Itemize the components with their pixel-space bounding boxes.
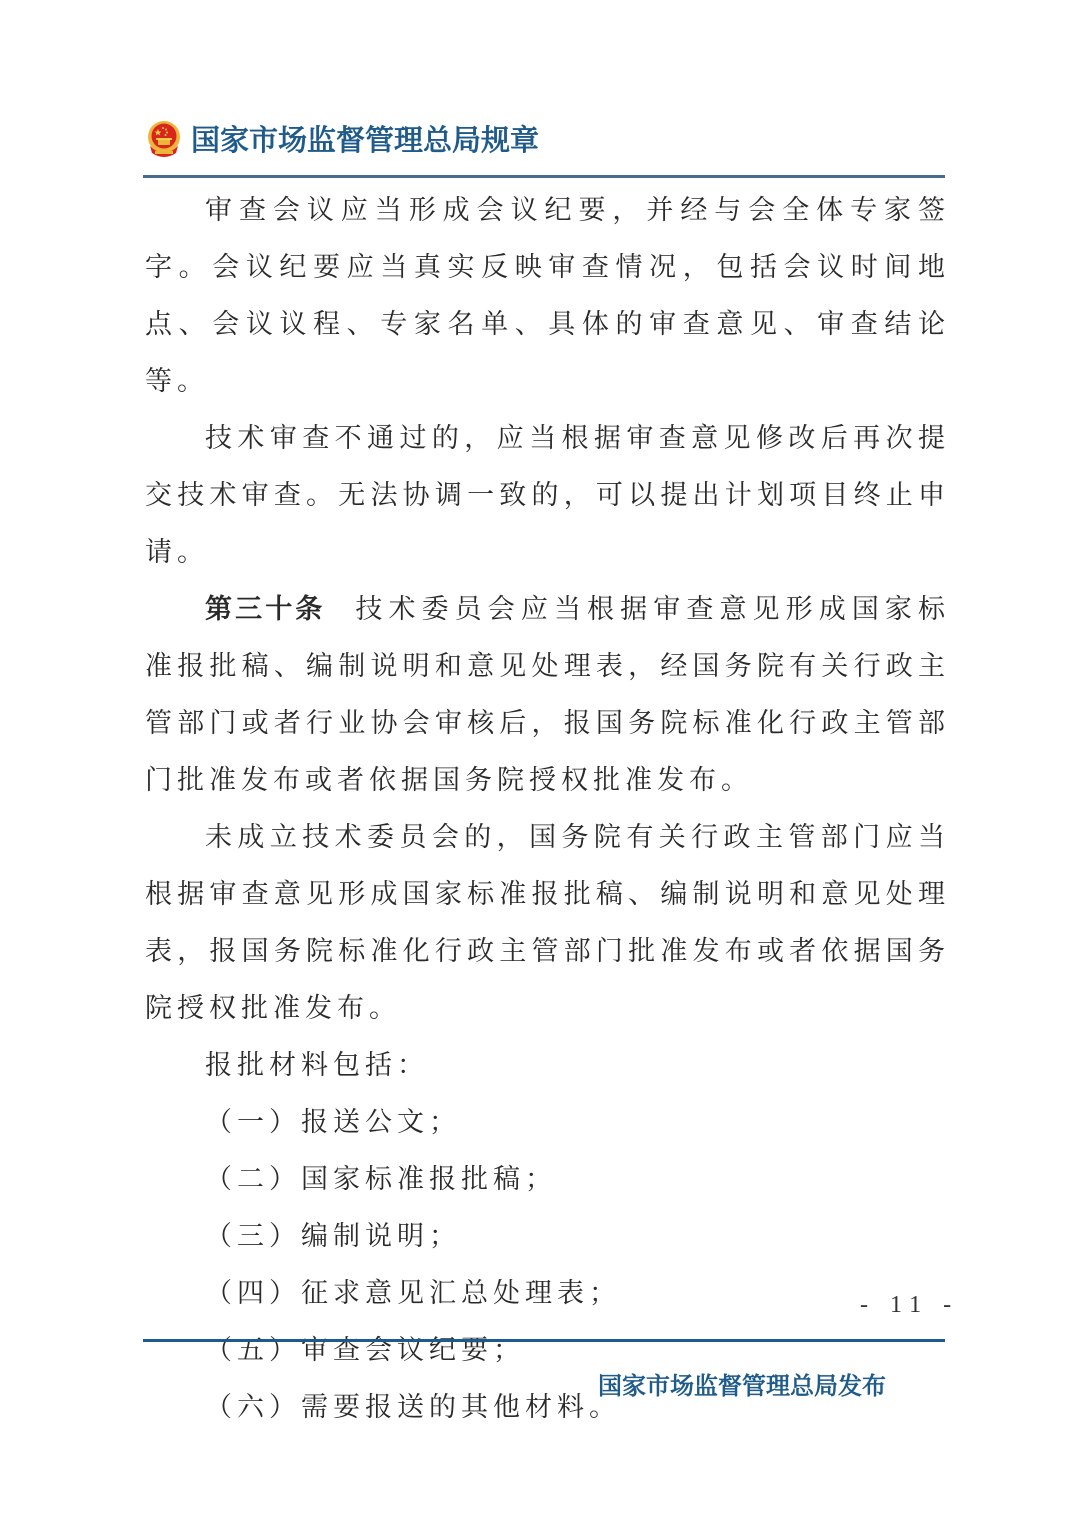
header-title: 国家市场监督管理总局规章 [191,120,539,160]
paragraph: 未成立技术委员会的，国务院有关行政主管部门应当根据审查意见形成国家标准报批稿、编… [145,809,950,1037]
national-emblem-icon [145,120,183,160]
article-paragraph: 第三十条技术委员会应当根据审查意见形成国家标准报批稿、编制说明和意见处理表，经国… [145,581,950,809]
page-number: - 11 - [860,1292,959,1319]
list-item: （四）征求意见汇总处理表； [145,1265,950,1322]
header-divider [143,175,945,178]
list-item: （三）编制说明； [145,1208,950,1265]
list-item: （二）国家标准报批稿； [145,1151,950,1208]
footer-divider [143,1339,945,1342]
list-item: （一）报送公文； [145,1094,950,1151]
paragraph: 审查会议应当形成会议纪要，并经与会全体专家签字。会议纪要应当真实反映审查情况，包… [145,182,950,410]
document-body: 审查会议应当形成会议纪要，并经与会全体专家签字。会议纪要应当真实反映审查情况，包… [145,182,950,1436]
page-header: 国家市场监督管理总局规章 [145,118,539,162]
paragraph: 技术审查不通过的，应当根据审查意见修改后再次提交技术审查。无法协调一致的，可以提… [145,410,950,581]
paragraph: 报批材料包括： [145,1037,950,1094]
footer-publisher: 国家市场监督管理总局发布 [598,1366,886,1401]
article-number: 第三十条 [205,594,325,625]
